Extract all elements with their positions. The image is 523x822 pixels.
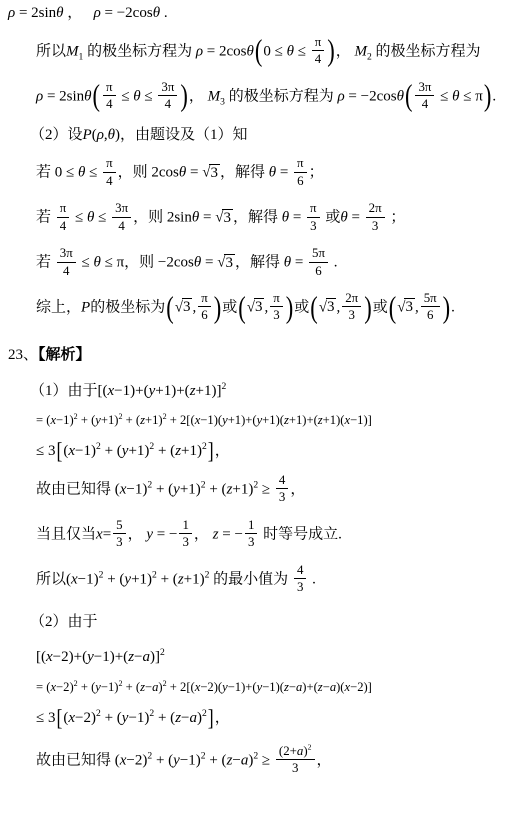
- mid-delimiter: ]: [208, 440, 214, 463]
- text-run: ≤ π: [460, 88, 483, 104]
- big-delimiter: ): [327, 37, 335, 67]
- math-variable: y: [173, 481, 180, 497]
- text-run: 的极坐标为: [90, 299, 165, 315]
- text-run: −1): [101, 680, 119, 694]
- fraction: 2π3: [342, 291, 361, 323]
- line-part1-start: （1）由于[(x−1)+(y+1)+(z+1)]2: [6, 382, 517, 401]
- text-run: ≤: [294, 43, 310, 59]
- radicand: 3: [254, 298, 265, 315]
- text-run: .: [308, 571, 316, 587]
- text-run: ，: [189, 88, 208, 104]
- fraction-numerator: π: [57, 201, 70, 217]
- text-run: 23、: [8, 347, 38, 363]
- text-run: −1)]: [350, 413, 372, 427]
- fraction-denominator: 4: [57, 218, 70, 233]
- text-run: + (: [154, 710, 175, 726]
- text-run: +1)(: [323, 413, 345, 427]
- text-run: −2): [126, 752, 147, 768]
- math-variable: a: [143, 649, 151, 665]
- text-run: + (: [122, 680, 140, 694]
- text-run: ≤ π，则 −2cos: [101, 255, 194, 271]
- text-run: + (: [101, 443, 122, 459]
- fraction-numerator: 5π: [309, 246, 328, 262]
- text-run: )(: [336, 680, 344, 694]
- text-run: +1)]: [196, 383, 222, 399]
- fraction-denominator: 6: [421, 307, 440, 322]
- text-run: 的极坐标方程为: [225, 88, 338, 104]
- text-run: ,: [336, 299, 340, 315]
- text-run: 所以: [36, 43, 66, 59]
- text-run: = −2cos: [101, 5, 153, 21]
- text-run: 故由已知得 (: [36, 752, 120, 768]
- superscript: 2: [221, 381, 226, 392]
- text-run: = 2cos: [203, 43, 246, 59]
- text-run: ≤ 3: [36, 443, 55, 459]
- big-delimiter: (: [405, 81, 413, 111]
- text-run: ，则 2sin: [133, 210, 192, 226]
- big-delimiter: (: [238, 293, 246, 323]
- fraction: 53: [113, 518, 125, 550]
- fraction: 3π4: [112, 201, 131, 233]
- fraction-denominator: 3: [342, 307, 361, 322]
- math-variable: θ: [108, 127, 115, 143]
- fraction-numerator: 2π: [342, 291, 361, 307]
- text-run: = −: [219, 526, 243, 542]
- text-run: .: [160, 5, 168, 21]
- fraction: π4: [103, 156, 116, 188]
- fraction: π4: [312, 35, 325, 67]
- math-variable: P: [81, 299, 90, 315]
- text-run: ≥: [258, 481, 274, 497]
- fraction-numerator: 3π: [158, 80, 177, 96]
- radicand: 3: [224, 254, 235, 271]
- text-run: ≤: [141, 88, 157, 104]
- line-part2-setup: （2）设P(ρ,θ)，由题设及（1）知: [6, 126, 517, 145]
- fraction: 43: [276, 473, 288, 505]
- text-run: 当且仅当: [36, 526, 96, 542]
- fraction-numerator: 2π: [366, 201, 385, 217]
- text-run: 或: [294, 299, 309, 315]
- text-run: =: [186, 165, 202, 181]
- line-inequality-2: ≤ 3[(x−2)2 + (y−1)2 + (z−a)2]，: [6, 709, 517, 728]
- text-run: .: [451, 299, 455, 315]
- line-m2-m3-equation: ρ = 2sinθ(π4 ≤ θ ≤ 3π4)， M3 的极坐标方程为 ρ = …: [6, 81, 517, 113]
- text-run: −2)+(: [53, 649, 87, 665]
- text-run: ，解得: [233, 210, 282, 226]
- text-run: = 2sin: [15, 5, 56, 21]
- text-run: +1): [184, 571, 205, 587]
- text-run: + 2[(: [167, 680, 195, 694]
- text-run: + (: [152, 752, 173, 768]
- text-run: ，: [64, 5, 94, 21]
- fraction-denominator: 4: [103, 96, 116, 111]
- text-run: +1): [128, 443, 149, 459]
- text-run: =: [291, 255, 307, 271]
- math-variable: ρ: [337, 88, 344, 104]
- line-case1: 若 0 ≤ θ ≤ π4，则 2cosθ = √3，解得 θ = π6；: [6, 157, 517, 189]
- text-run: +1): [181, 443, 202, 459]
- text-run: ，: [317, 752, 332, 768]
- radicand: 3: [222, 209, 233, 226]
- text-run: +1)+(: [155, 383, 189, 399]
- line-part2-start: （2）由于: [6, 613, 517, 632]
- text-run: ，: [128, 526, 147, 542]
- fraction: π3: [270, 291, 283, 323]
- math-variable: θ: [84, 88, 91, 104]
- fraction: 5π6: [309, 246, 328, 278]
- fraction-numerator: 4: [276, 473, 288, 489]
- fraction-denominator: 4: [415, 96, 434, 111]
- line-case2: 若 π4 ≤ θ ≤ 3π4，则 2sinθ = √3，解得 θ = π3 或θ…: [6, 202, 517, 234]
- text-run: 的极坐标方程为: [372, 43, 481, 59]
- fraction-denominator: 3: [270, 307, 283, 322]
- big-delimiter: ): [286, 293, 294, 323]
- fraction-numerator: 5π: [421, 291, 440, 307]
- fraction-numerator: 3π: [57, 246, 76, 262]
- text-run: = (: [36, 413, 50, 427]
- radical-icon: √: [247, 299, 254, 315]
- text-run: +1)(: [262, 413, 284, 427]
- math-variable: θ: [397, 88, 404, 104]
- text-run: ≤: [94, 210, 110, 226]
- fraction-denominator: 4: [57, 263, 76, 278]
- math-variable: θ: [247, 43, 254, 59]
- big-delimiter: (: [389, 293, 397, 323]
- fraction: 2π3: [366, 201, 385, 233]
- text-run: + (: [152, 481, 173, 497]
- fraction-denominator: 6: [309, 263, 328, 278]
- text-run: .: [492, 88, 496, 104]
- math-variable: ρ: [97, 127, 104, 143]
- document-page: ρ = 2sinθ ， ρ = −2cosθ .所以M1 的极坐标方程为 ρ =…: [6, 4, 517, 777]
- fraction: π3: [307, 201, 320, 233]
- text-run: (2+: [279, 744, 297, 758]
- radical-icon: √: [175, 299, 182, 315]
- text-run: ≥: [258, 752, 274, 768]
- math-variable: θ: [269, 165, 276, 181]
- fraction: 43: [294, 563, 306, 595]
- text-run: + (: [157, 571, 178, 587]
- text-run: −: [232, 752, 240, 768]
- fraction: 3π4: [415, 80, 434, 112]
- text-run: ，: [290, 481, 305, 497]
- big-delimiter: ): [484, 81, 492, 111]
- fraction-denominator: 4: [312, 51, 325, 66]
- bold-text: 【解析】: [38, 347, 91, 363]
- big-delimiter: ): [180, 81, 188, 111]
- big-delimiter: ): [364, 293, 372, 323]
- line-expansion-1: = (x−1)2 + (y+1)2 + (z+1)2 + 2[(x−1)(y+1…: [6, 413, 517, 429]
- radicand: 3: [182, 298, 193, 315]
- fraction-denominator: 4: [103, 173, 116, 188]
- math-variable: a: [190, 710, 198, 726]
- text-run: −2): [56, 680, 74, 694]
- text-run: 0 ≤: [263, 43, 286, 59]
- text-run: −1): [126, 481, 147, 497]
- math-variable: M: [208, 88, 221, 104]
- sqrt-expression: √3: [202, 164, 220, 181]
- text-run: −1)+(: [114, 383, 148, 399]
- fraction: 13: [245, 518, 257, 550]
- text-run: 或: [222, 299, 237, 315]
- text-run: −1): [56, 413, 74, 427]
- text-run: +1): [232, 481, 253, 497]
- math-variable: θ: [452, 88, 459, 104]
- text-run: 的极坐标方程为: [83, 43, 196, 59]
- text-run: −2)(: [200, 680, 222, 694]
- radical-icon: √: [319, 299, 326, 315]
- fraction-denominator: 3: [245, 534, 257, 549]
- line-minimum-value: 所以(x−1)2 + (y+1)2 + (z+1)2 的最小值为 43 .: [6, 564, 517, 596]
- big-delimiter: ): [443, 293, 451, 323]
- fraction-numerator: π: [294, 156, 307, 172]
- eq-polar-curves: ρ = 2sinθ ， ρ = −2cosθ .: [6, 4, 517, 23]
- math-variable: x: [46, 649, 53, 665]
- text-run: =: [103, 526, 111, 542]
- fraction: π6: [198, 291, 211, 323]
- text-run: =: [348, 210, 364, 226]
- fraction: π6: [294, 156, 307, 188]
- big-delimiter: (: [166, 293, 174, 323]
- text-run: + (: [206, 481, 227, 497]
- mid-delimiter: [: [56, 707, 62, 730]
- heading-problem-23: 23、【解析】: [6, 346, 517, 365]
- fraction-denominator: 3: [276, 489, 288, 504]
- text-run: （2）由于: [30, 614, 98, 630]
- superscript: 2: [160, 647, 165, 658]
- text-run: =: [289, 210, 305, 226]
- radicand: 3: [209, 164, 220, 181]
- text-run: = −: [153, 526, 177, 542]
- mid-delimiter: ]: [208, 707, 214, 730]
- text-run: −2)]: [350, 680, 372, 694]
- text-run: 故由已知得 (: [36, 481, 120, 497]
- text-run: [(: [36, 649, 46, 665]
- fraction-numerator: π: [103, 156, 116, 172]
- text-run: = −2cos: [345, 88, 397, 104]
- text-run: + (: [206, 752, 227, 768]
- text-run: ；: [387, 210, 406, 226]
- fraction-denominator: 3: [307, 218, 320, 233]
- big-delimiter: ): [214, 293, 222, 323]
- math-variable: P: [83, 127, 92, 143]
- text-run: −: [181, 710, 189, 726]
- text-run: 若: [36, 255, 55, 271]
- fraction-numerator: π: [312, 35, 325, 51]
- superscript: 2: [202, 441, 207, 452]
- math-variable: ρ: [94, 5, 101, 21]
- text-run: −1): [180, 752, 201, 768]
- text-run: −: [289, 680, 296, 694]
- fraction-numerator: 5: [113, 518, 125, 534]
- fraction-numerator: π: [270, 291, 283, 307]
- text-run: ≤: [118, 88, 134, 104]
- fraction-denominator: 3: [179, 534, 191, 549]
- text-run: = (: [36, 680, 50, 694]
- text-run: ≤: [85, 165, 101, 181]
- sqrt-expression: √3: [397, 298, 415, 315]
- math-variable: θ: [153, 5, 160, 21]
- text-run: = 2sin: [43, 88, 84, 104]
- text-run: ≤: [78, 255, 94, 271]
- big-delimiter: (: [93, 81, 101, 111]
- fraction-denominator: 3: [276, 760, 315, 775]
- text-run: −1)(: [262, 680, 284, 694]
- text-run: 综上，: [36, 299, 81, 315]
- text-run: )]: [150, 649, 160, 665]
- text-run: −1)+(: [94, 649, 128, 665]
- math-variable: y: [173, 752, 180, 768]
- text-run: +1): [131, 571, 152, 587]
- text-run: ，解得: [220, 165, 269, 181]
- text-run: ≤: [71, 210, 87, 226]
- text-run: + 2[(: [167, 413, 195, 427]
- fraction-denominator: 4: [112, 218, 131, 233]
- superscript: 2: [308, 742, 312, 751]
- text-run: + (: [78, 680, 96, 694]
- text-run: =: [201, 255, 217, 271]
- text-run: +1): [145, 413, 163, 427]
- big-delimiter: (: [255, 37, 263, 67]
- fraction-numerator: π: [307, 201, 320, 217]
- fraction: 3π4: [57, 246, 76, 278]
- text-run: ，解得: [235, 255, 284, 271]
- text-run: ；: [309, 165, 324, 181]
- text-run: +1)+(: [289, 413, 318, 427]
- fraction-denominator: 3: [366, 218, 385, 233]
- text-run: 若 0 ≤: [36, 165, 78, 181]
- text-run: ≤: [436, 88, 452, 104]
- text-run: )+(: [302, 680, 318, 694]
- fraction-denominator: 3: [294, 579, 306, 594]
- fraction: (2+a)23: [276, 744, 315, 776]
- superscript: 2: [202, 708, 207, 719]
- line-inequality-1: ≤ 3[(x−1)2 + (y+1)2 + (z+1)2]，: [6, 442, 517, 461]
- sqrt-expression: √3: [319, 298, 337, 315]
- sqrt-expression: √3: [217, 254, 235, 271]
- math-variable: y: [87, 649, 94, 665]
- text-run: +1): [101, 413, 119, 427]
- line-known-bound-1: 故由已知得 (x−1)2 + (y+1)2 + (z+1)2 ≥ 43，: [6, 474, 517, 506]
- fraction: π4: [103, 80, 116, 112]
- fraction: 3π4: [158, 80, 177, 112]
- text-run: 的最小值为: [209, 571, 292, 587]
- mid-delimiter: [: [56, 440, 62, 463]
- math-variable: θ: [133, 88, 140, 104]
- sqrt-expression: √3: [175, 298, 193, 315]
- math-variable: θ: [56, 5, 63, 21]
- math-variable: M: [355, 43, 368, 59]
- line-m1-equation: 所以M1 的极坐标方程为 ρ = 2cosθ(0 ≤ θ ≤ π4)， M2 的…: [6, 36, 517, 68]
- text-run: + (: [101, 710, 122, 726]
- math-variable: ρ: [196, 43, 203, 59]
- text-run: 或: [373, 299, 388, 315]
- fraction: π4: [57, 201, 70, 233]
- fraction: 5π6: [421, 291, 440, 323]
- text-run: 若: [36, 210, 55, 226]
- text-run: 或: [322, 210, 341, 226]
- sqrt-expression: √3: [247, 298, 265, 315]
- line-conclusion-polar: 综上，P的极坐标为(√3,π6)或(√3,π3)或(√3,2π3)或(√3,5π…: [6, 292, 517, 324]
- fraction-denominator: 4: [158, 96, 177, 111]
- text-run: −2): [75, 710, 96, 726]
- fraction: 13: [179, 518, 191, 550]
- text-run: 时等号成立.: [259, 526, 342, 542]
- text-run: ，: [194, 526, 213, 542]
- text-run: =: [199, 210, 215, 226]
- text-run: −1)+(: [228, 680, 257, 694]
- fraction-numerator: 1: [179, 518, 191, 534]
- sqrt-expression: √3: [215, 209, 233, 226]
- radicand: 3: [326, 298, 337, 315]
- line-square-expr: [(x−2)+(y−1)+(z−a)]2: [6, 648, 517, 667]
- text-run: −1): [78, 571, 99, 587]
- line-known-bound-2: 故由已知得 (x−2)2 + (y−1)2 + (z−a)2 ≥ (2+a)23…: [6, 745, 517, 777]
- text-run: +1)+(: [228, 413, 257, 427]
- line-case3: 若 3π4 ≤ θ ≤ π，则 −2cosθ = √3，解得 θ = 5π6 .: [6, 247, 517, 279]
- text-run: + (: [103, 571, 124, 587]
- text-run: +1): [180, 481, 201, 497]
- fraction-numerator: π: [198, 291, 211, 307]
- math-variable: θ: [282, 210, 289, 226]
- radicand: 3: [404, 298, 415, 315]
- text-run: ≤ 3: [36, 710, 55, 726]
- text-run: （1）由于[(: [30, 383, 108, 399]
- text-run: + (: [154, 443, 175, 459]
- fraction-numerator: 3π: [415, 80, 434, 96]
- text-run: ，: [336, 43, 355, 59]
- text-run: ,: [264, 299, 268, 315]
- text-run: −: [134, 649, 142, 665]
- text-run: （2）设: [30, 127, 83, 143]
- text-run: ，: [215, 710, 230, 726]
- fraction-numerator: 1: [245, 518, 257, 534]
- text-run: )，由题设及（1）知: [115, 127, 248, 143]
- math-variable: x: [96, 526, 103, 542]
- fraction-denominator: 6: [198, 307, 211, 322]
- text-run: ,: [192, 299, 196, 315]
- fraction-numerator: π: [103, 80, 116, 96]
- math-variable: θ: [340, 210, 347, 226]
- text-run: −1): [128, 710, 149, 726]
- text-run: + (: [122, 413, 140, 427]
- line-equality-condition: 当且仅当x=53， y = −13， z = −13 时等号成立.: [6, 519, 517, 551]
- text-run: ，: [215, 443, 230, 459]
- fraction-numerator: 4: [294, 563, 306, 579]
- text-run: −1)(: [200, 413, 222, 427]
- text-run: −: [323, 680, 330, 694]
- math-variable: M: [66, 43, 79, 59]
- text-run: −1): [75, 443, 96, 459]
- fraction-numerator: (2+a)2: [276, 744, 315, 760]
- fraction-numerator: 3π: [112, 201, 131, 217]
- math-variable: θ: [93, 255, 100, 271]
- text-run: 所以(: [36, 571, 71, 587]
- big-delimiter: (: [310, 293, 318, 323]
- text-run: =: [276, 165, 292, 181]
- text-run: ,: [415, 299, 419, 315]
- math-variable: θ: [284, 255, 291, 271]
- fraction-denominator: 6: [294, 173, 307, 188]
- text-run: ，则 2cos: [118, 165, 179, 181]
- line-expansion-2: = (x−2)2 + (y−1)2 + (z−a)2 + 2[(x−2)(y−1…: [6, 680, 517, 696]
- fraction-denominator: 3: [113, 534, 125, 549]
- math-variable: x: [71, 571, 78, 587]
- text-run: + (: [78, 413, 96, 427]
- math-variable: θ: [287, 43, 294, 59]
- text-run: .: [330, 255, 338, 271]
